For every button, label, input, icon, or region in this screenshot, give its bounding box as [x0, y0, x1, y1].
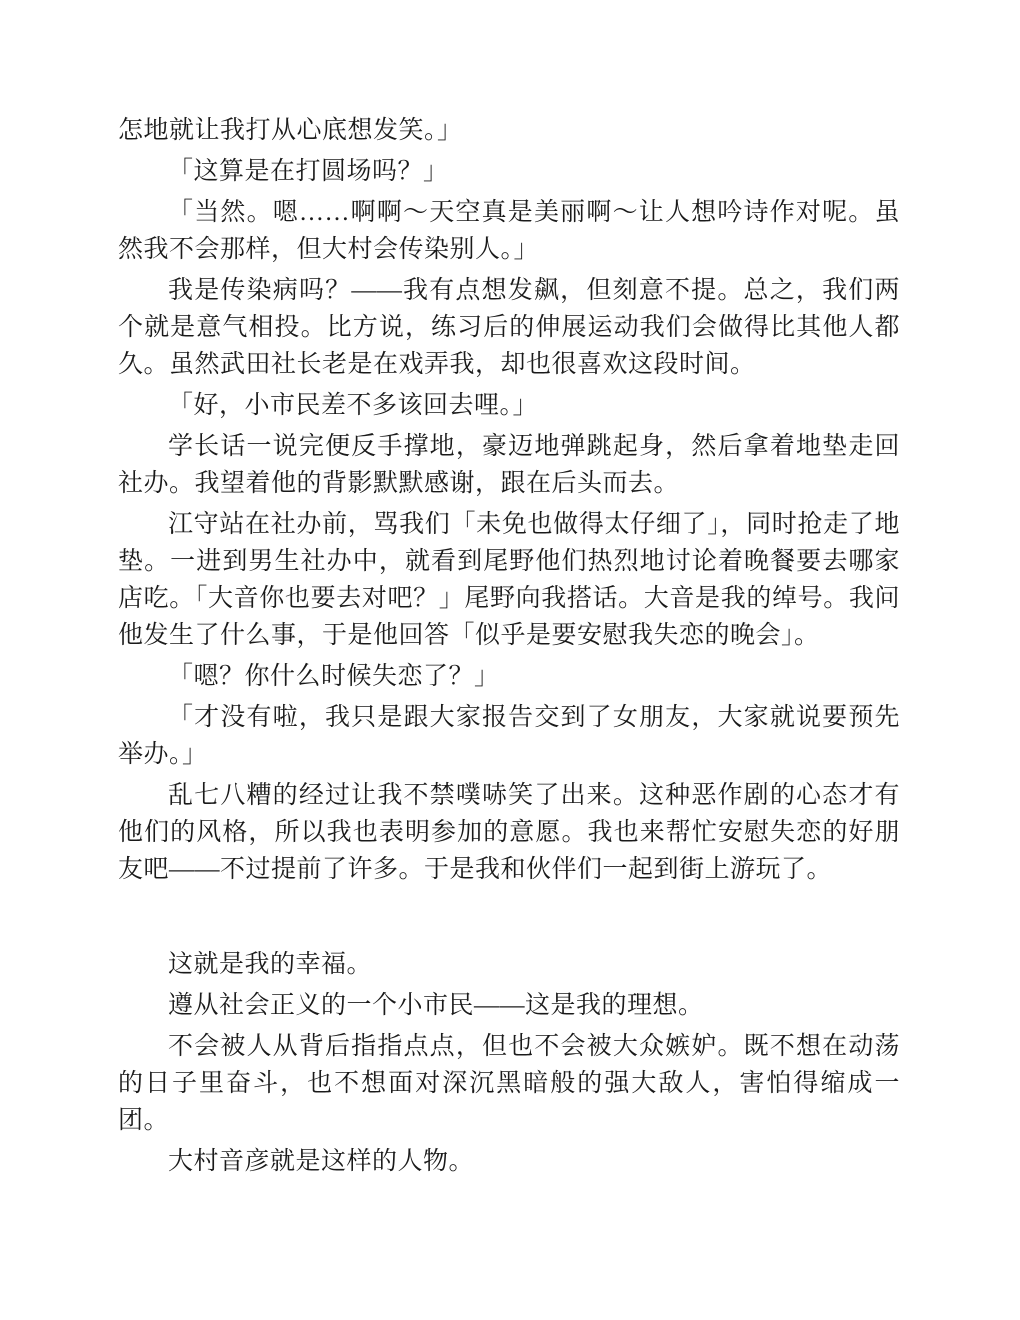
scene-break-spacer — [118, 892, 900, 942]
paragraph: 乱七八糟的经过让我不禁噗哧笑了出来。这种恶作剧的心态才有他们的风格，所以我也表明… — [118, 777, 900, 888]
paragraph: 江守站在社办前，骂我们「未免也做得太仔细了」，同时抢走了地垫。一进到男生社办中，… — [118, 506, 900, 654]
paragraph: 学长话一说完便反手撑地，豪迈地弹跳起身，然后拿着地垫走回社办。我望着他的背影默默… — [118, 428, 900, 502]
paragraph: 「好，小市民差不多该回去哩。」 — [118, 387, 900, 424]
paragraph: 「才没有啦，我只是跟大家报告交到了女朋友，大家就说要预先举办。」 — [118, 699, 900, 773]
paragraph: 这就是我的幸福。 — [118, 946, 900, 983]
paragraph: 「这算是在打圆场吗？」 — [118, 153, 900, 190]
paragraph: 遵从社会正义的一个小市民——这是我的理想。 — [118, 987, 900, 1024]
paragraph: 不会被人从背后指指点点，但也不会被大众嫉妒。既不想在动荡的日子里奋斗，也不想面对… — [118, 1028, 900, 1139]
paragraph: 我是传染病吗？——我有点想发飙，但刻意不提。总之，我们两个就是意气相投。比方说，… — [118, 272, 900, 383]
book-page: 怎地就让我打从心底想发笑。」 「这算是在打圆场吗？」 「当然。嗯……啊啊～天空真… — [0, 0, 1020, 1320]
paragraph: 「当然。嗯……啊啊～天空真是美丽啊～让人想吟诗作对呢。虽然我不会那样，但大村会传… — [118, 194, 900, 268]
paragraph: 怎地就让我打从心底想发笑。」 — [118, 112, 900, 149]
paragraph: 大村音彦就是这样的人物。 — [118, 1143, 900, 1180]
paragraph: 「嗯？你什么时候失恋了？」 — [118, 658, 900, 695]
